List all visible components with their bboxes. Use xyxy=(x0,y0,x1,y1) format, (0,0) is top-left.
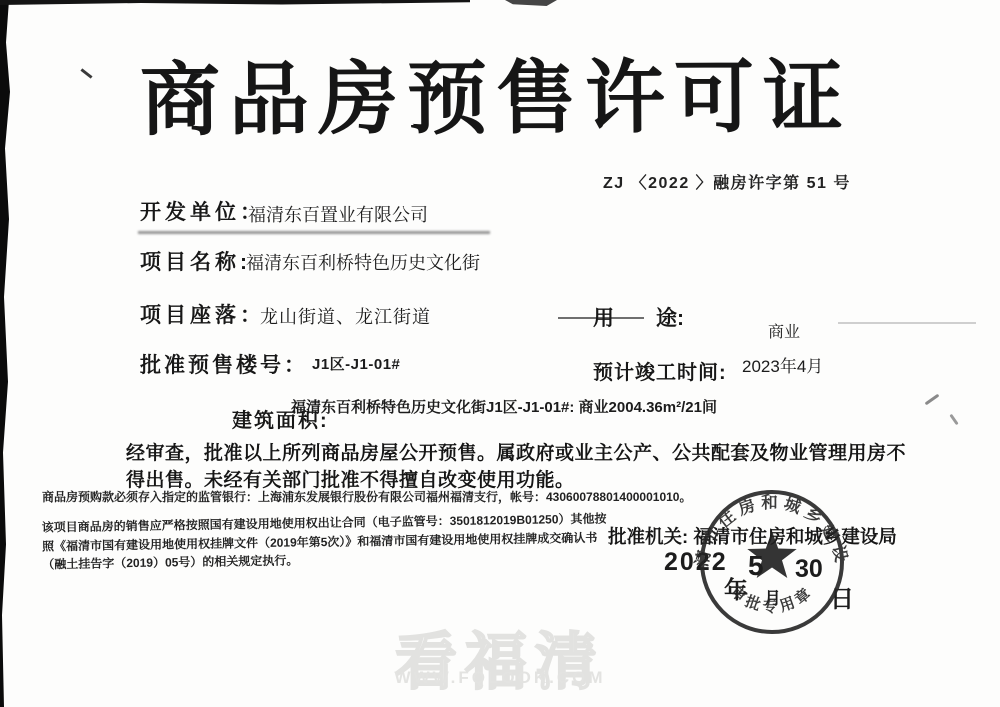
scan-edge-top-mark xyxy=(505,0,557,6)
scan-edge-top xyxy=(0,0,470,5)
scan-scribble xyxy=(949,414,958,426)
building-number-label: 批准预售楼号： xyxy=(140,349,308,379)
scan-artifact-line-location xyxy=(838,322,976,324)
approval-authority-label: 批准机关: xyxy=(608,526,688,547)
project-name-label: 项目名称: xyxy=(140,246,251,276)
presale-permit-document: 看福清 WWW.FQLOOK.COM 商品房预售许可证 ZJ 〈2022 〉融房… xyxy=(0,0,1000,707)
floor-area-value: 福清东百利桥特色历史文化街J1区-J1-01#: 商业2004.36m²/21间 xyxy=(291,396,717,417)
usage-value: 商业 xyxy=(768,319,800,342)
seal-bottom-text: 审批专用章 xyxy=(727,582,817,615)
project-name-value: 福清东百利桥特色历史文化街 xyxy=(246,249,480,275)
developer-label: 开发单位： xyxy=(140,196,265,226)
developer-value: 福清东百置业有限公司 xyxy=(248,201,428,227)
completion-time-value: 2023年4月 xyxy=(742,352,823,377)
scan-scribble xyxy=(925,394,940,406)
fine-print-supervision-bank: 商品房预购款必须存入指定的监管银行：上海浦东发展银行股份有限公司福州福清支行，帐… xyxy=(42,488,691,505)
scan-tick-mark xyxy=(80,68,92,78)
certificate-number: ZJ 〈2022 〉融房许字第 51 号 xyxy=(603,170,851,193)
usage-label: 用 途: xyxy=(593,302,684,332)
seal-star-icon xyxy=(747,531,796,578)
watermark-url: WWW.FQLOOK.COM xyxy=(0,668,1000,688)
svg-text:审批专用章: 审批专用章 xyxy=(727,582,817,615)
scan-edge-left xyxy=(0,0,11,707)
scan-smudge-line xyxy=(138,231,490,234)
completion-time-label: 预计竣工时间: xyxy=(593,356,727,385)
location-value: 龙山街道、龙江街道 xyxy=(260,303,431,329)
fine-print-land-use: 该项目商品房的销售应严格按照国有建设用地使用权出让合同（电子监管号：350181… xyxy=(42,510,609,575)
building-number-value: J1区-J1-01# xyxy=(312,353,400,374)
official-seal: 福清市住房和城乡建设局 审批专用章 xyxy=(686,477,858,649)
location-label: 项目座落： xyxy=(140,299,265,329)
document-title: 商品房预售许可证 xyxy=(140,32,851,151)
